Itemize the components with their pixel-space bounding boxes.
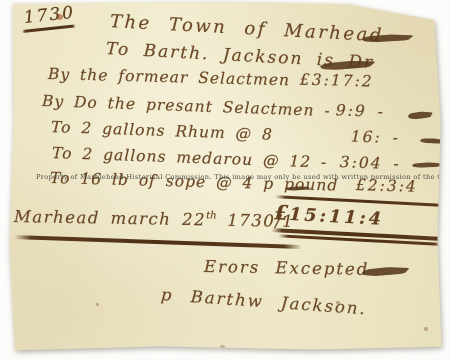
ledger-desc: By Do the presant Selactmen - bbox=[42, 92, 331, 120]
closing-line: Erors Excepted bbox=[204, 257, 370, 279]
date-line: Marhead march 22th 1730/1 bbox=[14, 207, 295, 231]
ink-flourish bbox=[420, 138, 446, 144]
ledger-amount: 9:9 - bbox=[336, 101, 386, 121]
document-paper: 1730 The Town of Marhead To Barth. Jacks… bbox=[6, 1, 444, 352]
ledger-amount: 3:04 - bbox=[340, 153, 402, 173]
ledger-desc: By the formear Selactmen bbox=[48, 65, 290, 89]
ledger-desc: To 2 gallons Rhum @ 8 bbox=[51, 118, 274, 144]
ink-flourish bbox=[412, 162, 442, 168]
ledger-line: By the formear Selactmen £3:17:2 bbox=[48, 65, 290, 89]
paper-shadow: 1730 The Town of Marhead To Barth. Jacks… bbox=[0, 0, 450, 360]
speck bbox=[96, 303, 99, 306]
watermark-text: Property of Marblehead Historical Commis… bbox=[36, 173, 436, 181]
speck bbox=[220, 345, 225, 348]
ledger-desc: To 2 gallons medarou @ 12 - bbox=[52, 144, 328, 172]
ink-flourish bbox=[408, 110, 434, 120]
signature-prefix: p bbox=[160, 285, 174, 305]
ledger-line: To 2 gallons medarou @ 12 - 3:04 - bbox=[52, 144, 328, 172]
signature-line: p Barthw Jackson. bbox=[160, 285, 367, 318]
date-superscript: th bbox=[206, 210, 217, 221]
total-block: £15:11:4 bbox=[271, 195, 450, 254]
total-value: 15:11:4 bbox=[289, 205, 385, 230]
ledger-line: By Do the presant Selactmen - 9:9 - bbox=[42, 92, 331, 120]
total-amount: £15:11:4 bbox=[274, 200, 385, 230]
ledger-amount: £3:17:2 bbox=[300, 71, 374, 91]
scan-background: 1730 The Town of Marhead To Barth. Jacks… bbox=[0, 0, 450, 360]
signature-name: Barthw Jackson. bbox=[190, 287, 367, 318]
speck bbox=[424, 327, 428, 331]
ledger-line: To 2 gallons Rhum @ 8 16: - bbox=[51, 118, 274, 144]
pound-sign: £ bbox=[274, 200, 289, 225]
ledger-amount: 16: - bbox=[351, 127, 401, 147]
date-underline bbox=[14, 235, 302, 249]
date-place-month-day: Marhead march 22 bbox=[14, 207, 206, 229]
